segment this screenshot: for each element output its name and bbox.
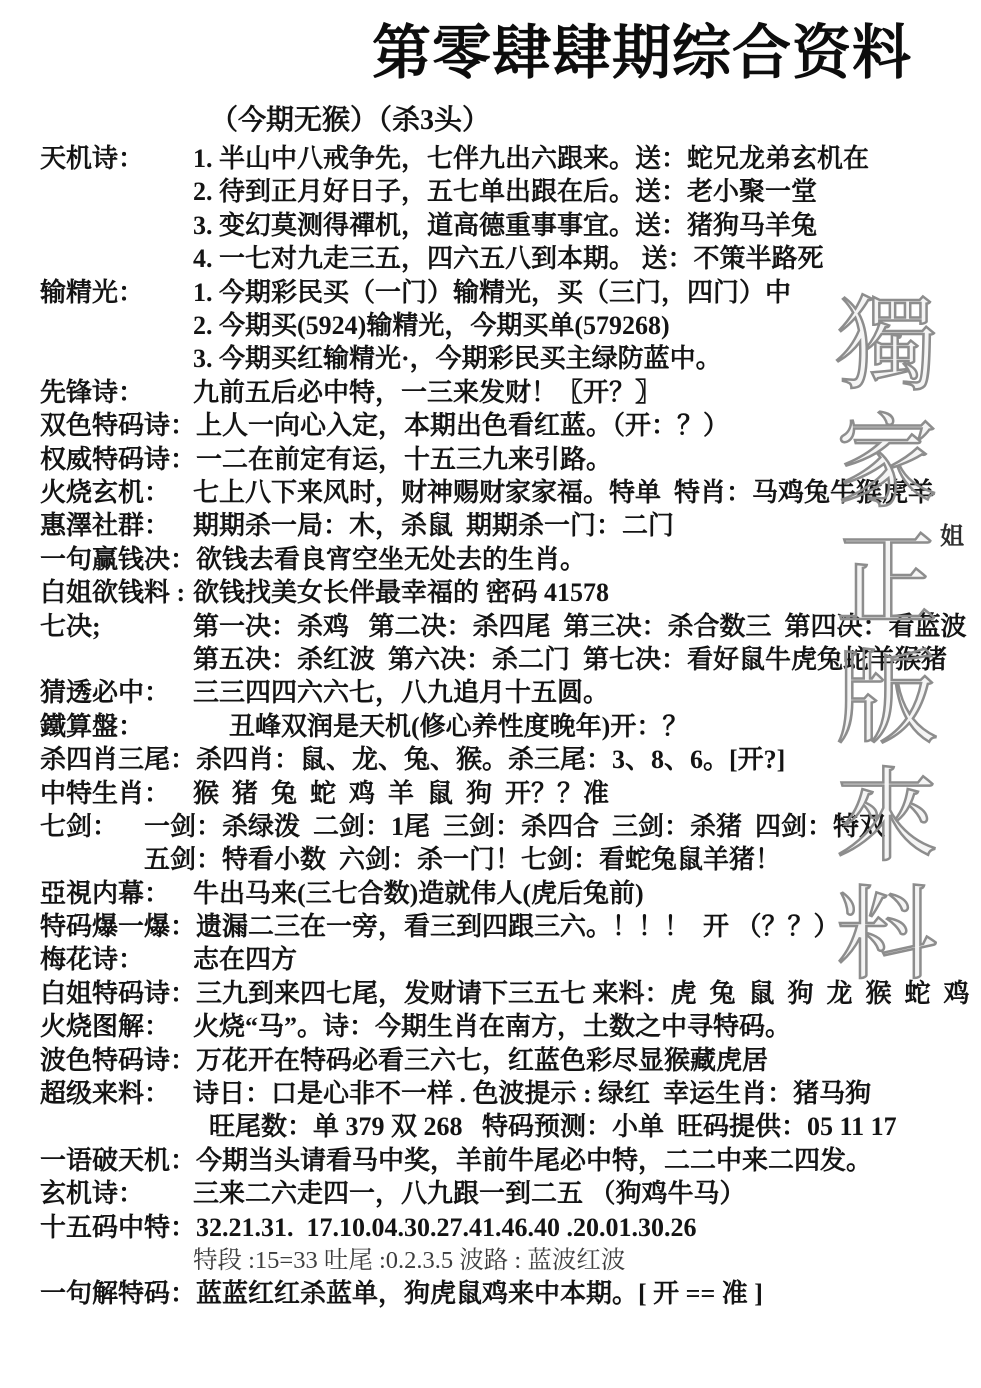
row-text: 上人一向心入定，本期出色看红蓝。（开：？） [196, 409, 729, 442]
row-label: 权威特码诗： [40, 443, 196, 476]
info-row: 亞視内幕： 牛出马来(三七合数)造就伟人(虎后兔前) [0, 877, 981, 910]
info-row: 白姐特码诗： 三九到来四七尾，发财请下三五七 来料：虎 兔 鼠 狗 龙 猴 蛇 … [0, 977, 981, 1010]
info-row: 梅花诗： 志在四方 [0, 943, 981, 976]
info-row: 天机诗： 1. 半山中八戒争先，七伴九出六跟来。送：蛇兄龙弟玄机在 [0, 142, 981, 175]
row-label: 特码爆一爆： [40, 910, 196, 943]
info-row: 火烧玄机： 七上八下来风时，财神赐财家家福。特单 特肖：马鸡兔牛猴虎羊 [0, 476, 981, 509]
row-text: 杀四肖：鼠、龙、兔、猴。杀三尾：3、8、6。[开?] [196, 743, 785, 776]
row-text: 七上八下来风时，财神赐财家家福。特单 特肖：马鸡兔牛猴虎羊 [193, 476, 934, 509]
row-text: 蓝蓝红红杀蓝单，狗虎鼠鸡来中本期。[ 开 == 准 ] [196, 1277, 763, 1310]
info-row: 2. 待到正月好日子，五七单出跟在后。送：老小聚一堂 [0, 175, 981, 208]
row-label: 一句解特码： [40, 1277, 196, 1310]
row-text: 九前五后必中特，一三来发财！〖开？〗 [193, 376, 661, 409]
row-label: 十五码中特： [40, 1211, 196, 1244]
info-row: 一句解特码： 蓝蓝红红杀蓝单，狗虎鼠鸡来中本期。[ 开 == 准 ] [0, 1277, 981, 1310]
row-text: 诗日：口是心非不一样 . 色波提示 : 绿红 幸运生肖：猪马狗 [193, 1077, 871, 1110]
info-row: 中特生肖： 猴 猪 兔 蛇 鸡 羊 鼠 狗 开？？准 [0, 777, 981, 810]
row-label: 白姐欲钱料 : [40, 576, 193, 609]
row-label: 中特生肖： [40, 777, 193, 810]
row-text: 丑峰双润是天机(修心养性度晚年)开：？ [229, 710, 688, 743]
info-row: 七剑： 一剑：杀绿泼 二剑：1尾 三剑：杀四合 三剑：杀猪 四剑：特双 [0, 810, 981, 843]
row-label: 一语破天机： [40, 1144, 196, 1177]
row-label: 白姐特码诗： [40, 977, 196, 1010]
row-text: 万花开在特码必看三六七，红蓝色彩尽显猴藏虎居 [196, 1044, 768, 1077]
row-text: 五剑：特看小数 六剑：杀一门！七剑：看蛇兔鼠羊猪！ [144, 843, 781, 876]
info-row: 七决; 第一决：杀鸡 第二决：杀四尾 第三决：杀合数三 第四决：看蓝波 [0, 610, 981, 643]
row-text: 欲钱去看良宵空坐无处去的生肖。 [196, 543, 586, 576]
info-row: 3. 变幻莫测得禪机，道高德重事事宜。送：猪狗马羊兔 [0, 209, 981, 242]
row-text: 遗漏二三在一旁，看三到四跟三六。！！！ 开 （？？） [196, 910, 840, 943]
info-row: 白姐欲钱料 : 欲钱找美女长伴最幸福的 密码 41578 [0, 576, 981, 609]
info-row: 火烧图解： 火烧“马”。诗：今期生肖在南方，土数之中寻特码。 [0, 1010, 981, 1043]
row-label: 惠澤社群： [40, 509, 193, 542]
info-row: 一句赢钱决： 欲钱去看良宵空坐无处去的生肖。 [0, 543, 981, 576]
info-row: 旺尾数：单 379 双 268 特码预测：小单 旺码提供：05 11 17 [0, 1110, 981, 1143]
row-label: 梅花诗： [40, 943, 193, 976]
row-text: 今期当头请看马中奖，羊前牛尾必中特，二二中来二四发。 [196, 1144, 872, 1177]
row-label: 超级来料： [40, 1077, 193, 1110]
info-row: 2. 今期买(5924)输精光，今期买单(579268) [0, 309, 981, 342]
watermark-side-char: 姐 [940, 516, 964, 551]
row-label: 玄机诗： [40, 1177, 193, 1210]
row-text: 1. 今期彩民买（一门）输精光，买（三门，四门）中 [193, 276, 791, 309]
row-text: 32.21.31. 17.10.04.30.27.41.46.40 .20.01… [196, 1211, 697, 1244]
info-row: 一语破天机： 今期当头请看马中奖，羊前牛尾必中特，二二中来二四发。 [0, 1144, 981, 1177]
row-text: 4. 一七对九走三五，四六五八到本期。 送：不策半路死 [193, 242, 824, 275]
row-text: 3. 今期买红输精光·，今期彩民买主绿防蓝中。 [193, 342, 722, 375]
row-label: 七剑： [40, 810, 144, 843]
row-text: 猴 猪 兔 蛇 鸡 羊 鼠 狗 开？？准 [193, 777, 609, 810]
info-row: 惠澤社群： 期期杀一局：木，杀鼠 期期杀一门：二门 [0, 509, 981, 542]
info-row: 十五码中特： 32.21.31. 17.10.04.30.27.41.46.40… [0, 1211, 981, 1244]
info-row: 权威特码诗： 一二在前定有运，十五三九来引路。 [0, 443, 981, 476]
page-title: 第零肆肆期综合资料 [0, 0, 981, 86]
row-text: 三来二六走四一，八九跟一到二五 （狗鸡牛马） [193, 1177, 746, 1210]
row-label: 七决; [40, 610, 193, 643]
row-text: 期期杀一局：木，杀鼠 期期杀一门：二门 [193, 509, 674, 542]
info-row: 特段 :15=33 吐尾 :0.2.3.5 波路 : 蓝波红波 [0, 1244, 981, 1277]
row-label: 鐵算盤： [40, 710, 193, 743]
row-label: 输精光： [40, 276, 193, 309]
row-text: 火烧“马”。诗：今期生肖在南方，土数之中寻特码。 [193, 1010, 791, 1043]
row-text: 第一决：杀鸡 第二决：杀四尾 第三决：杀合数三 第四决：看蓝波 [193, 610, 967, 643]
info-row: 猜透必中： 三三四四六六七，八九追月十五圆。 [0, 676, 981, 709]
row-label: 一句赢钱决： [40, 543, 196, 576]
row-label: 杀四肖三尾： [40, 743, 196, 776]
page-subtitle: （今期无猴）（杀3头） [210, 98, 981, 138]
row-text: 三九到来四七尾，发财请下三五七 来料：虎 兔 鼠 狗 龙 猴 蛇 鸡 [196, 977, 970, 1010]
info-row: 第五决：杀红波 第六决：杀二门 第七决：看好鼠牛虎兔蛇羊猴猪 [0, 643, 981, 676]
info-row: 特码爆一爆： 遗漏二三在一旁，看三到四跟三六。！！！ 开 （？？） [0, 910, 981, 943]
row-text: 旺尾数：单 379 双 268 特码预测：小单 旺码提供：05 11 17 [209, 1110, 897, 1143]
row-label: 火烧图解： [40, 1010, 193, 1043]
info-row: 杀四肖三尾： 杀四肖：鼠、龙、兔、猴。杀三尾：3、8、6。[开?] [0, 743, 981, 776]
row-label: 猜透必中： [40, 676, 193, 709]
row-text: 欲钱找美女长伴最幸福的 密码 41578 [193, 576, 609, 609]
info-row: 输精光： 1. 今期彩民买（一门）输精光，买（三门，四门）中 [0, 276, 981, 309]
row-text: 第五决：杀红波 第六决：杀二门 第七决：看好鼠牛虎兔蛇羊猴猪 [193, 643, 947, 676]
info-rows: 天机诗： 1. 半山中八戒争先，七伴九出六跟来。送：蛇兄龙弟玄机在 2. 待到正… [0, 142, 981, 1311]
info-row: 4. 一七对九走三五，四六五八到本期。 送：不策半路死 [0, 242, 981, 275]
row-text: 一剑：杀绿泼 二剑：1尾 三剑：杀四合 三剑：杀猪 四剑：特双 [144, 810, 885, 843]
info-row: 鐵算盤： 丑峰双润是天机(修心养性度晚年)开：？ [0, 710, 981, 743]
row-label: 火烧玄机： [40, 476, 193, 509]
info-row: 3. 今期买红输精光·，今期彩民买主绿防蓝中。 [0, 342, 981, 375]
row-label: 亞視内幕： [40, 877, 193, 910]
info-row: 先锋诗： 九前五后必中特，一三来发财！〖开？〗 [0, 376, 981, 409]
row-text: 3. 变幻莫测得禪机，道高德重事事宜。送：猪狗马羊兔 [193, 209, 817, 242]
row-text: 2. 待到正月好日子，五七单出跟在后。送：老小聚一堂 [193, 175, 817, 208]
row-label: 天机诗： [40, 142, 193, 175]
row-text: 特段 :15=33 吐尾 :0.2.3.5 波路 : 蓝波红波 [193, 1244, 625, 1277]
info-row: 玄机诗： 三来二六走四一，八九跟一到二五 （狗鸡牛马） [0, 1177, 981, 1210]
info-row: 双色特码诗： 上人一向心入定，本期出色看红蓝。（开：？） [0, 409, 981, 442]
row-text: 牛出马来(三七合数)造就伟人(虎后兔前) [193, 877, 644, 910]
info-row: 超级来料： 诗日：口是心非不一样 . 色波提示 : 绿红 幸运生肖：猪马狗 [0, 1077, 981, 1110]
row-label: 先锋诗： [40, 376, 193, 409]
lottery-info-sheet: 第零肆肆期综合资料 （今期无猴）（杀3头） 天机诗： 1. 半山中八戒争先，七伴… [0, 0, 981, 1388]
row-text: 志在四方 [193, 943, 297, 976]
info-row: 五剑：特看小数 六剑：杀一门！七剑：看蛇兔鼠羊猪！ [0, 843, 981, 876]
row-label: 波色特码诗： [40, 1044, 196, 1077]
row-text: 1. 半山中八戒争先，七伴九出六跟来。送：蛇兄龙弟玄机在 [193, 142, 869, 175]
info-row: 波色特码诗： 万花开在特码必看三六七，红蓝色彩尽显猴藏虎居 [0, 1044, 981, 1077]
row-text: 三三四四六六七，八九追月十五圆。 [193, 676, 609, 709]
row-text: 一二在前定有运，十五三九来引路。 [196, 443, 612, 476]
row-text: 2. 今期买(5924)输精光，今期买单(579268) [193, 309, 670, 342]
row-label: 双色特码诗： [40, 409, 196, 442]
